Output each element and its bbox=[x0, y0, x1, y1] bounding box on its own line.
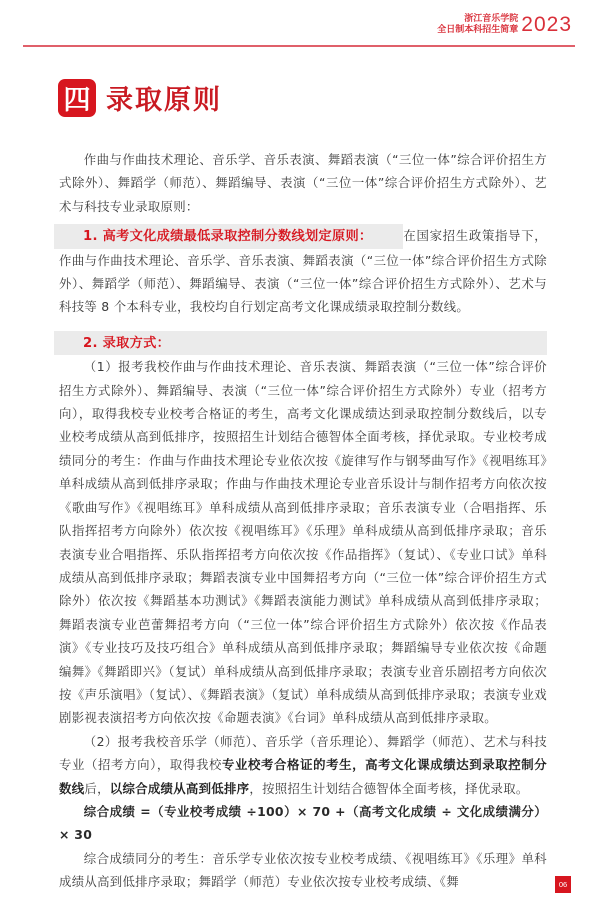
section-heading: 录取原则 bbox=[106, 78, 222, 117]
header-year: 2023 bbox=[521, 14, 572, 36]
admission-item-2: （2）报考我校音乐学（师范）、音乐学（音乐理论）、舞蹈学（师范）、艺术与科技专业… bbox=[59, 730, 547, 800]
spacer bbox=[59, 319, 547, 331]
header-school: 浙江音乐学院 bbox=[437, 14, 518, 25]
section-number-badge: 四 bbox=[58, 79, 96, 117]
intro-paragraph: 作曲与作曲技术理论、音乐学、音乐表演、舞蹈表演（“三位一体”综合评价招生方式除外… bbox=[59, 148, 547, 218]
header-text: 浙江音乐学院 全日制本科招生简章 bbox=[437, 14, 518, 36]
header-subtitle: 全日制本科招生简章 bbox=[437, 25, 518, 36]
principle-1-paragraph: 1. 高考文化成绩最低录取控制分数线划定原则：在国家招生政策指导下，作曲与作曲技… bbox=[59, 224, 547, 319]
document-body: 作曲与作曲技术理论、音乐学、音乐表演、舞蹈表演（“三位一体”综合评价招生方式除外… bbox=[59, 148, 547, 894]
principle-1-heading: 1. 高考文化成绩最低录取控制分数线划定原则： bbox=[83, 229, 372, 244]
composite-score-formula: 综合成绩 =（专业校考成绩 ÷100）× 70 +（高考文化成绩 ÷ 文化成绩满… bbox=[59, 800, 547, 847]
tie-break-rule: 综合成绩同分的考生：音乐学专业依次按专业校考成绩、《视唱练耳》《乐理》单科成绩从… bbox=[59, 847, 547, 894]
header-divider bbox=[23, 45, 575, 47]
admission-item-1: （1）报考我校作曲与作曲技术理论、音乐表演、舞蹈表演（“三位一体”综合评价招生方… bbox=[59, 355, 547, 730]
principle-2-heading: 2. 录取方式： bbox=[83, 336, 170, 351]
item-2-text: 后， bbox=[84, 781, 109, 796]
principle-2-heading-bar: 2. 录取方式： bbox=[54, 331, 547, 355]
page-header: 浙江音乐学院 全日制本科招生简章 2023 bbox=[437, 14, 572, 36]
item-2-text: ，按照招生计划结合德智体全面考核，择优录取。 bbox=[249, 781, 528, 796]
section-title: 四 录取原则 bbox=[58, 78, 222, 117]
principle-1-heading-bar: 1. 高考文化成绩最低录取控制分数线划定原则： bbox=[54, 224, 403, 248]
principle-1-text: 作曲与作曲技术理论、音乐学、音乐表演、舞蹈表演（“三位一体”综合评价招生方式除外… bbox=[59, 253, 547, 315]
item-2-bold-text: 以综合成绩从高到低排序 bbox=[110, 781, 250, 796]
page-number: 06 bbox=[555, 876, 571, 893]
principle-1-text-first: 在国家招生政策指导下， bbox=[403, 228, 547, 243]
